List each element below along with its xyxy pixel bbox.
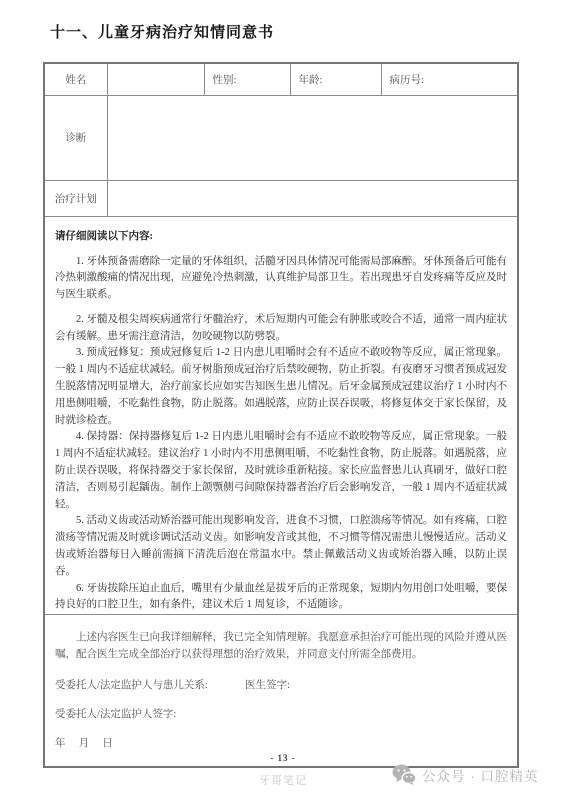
diagnosis-label: 诊断 <box>44 95 107 180</box>
notice-paragraph-1: 1. 牙体预备需磨除一定量的牙体组织，活髓牙因具体情况可能需局部麻醉。牙体预备后… <box>55 254 507 304</box>
table-row: 请仔细阅读以下内容: 1. 牙体预备需磨除一定量的牙体组织，活髓牙因具体情况可能… <box>44 216 518 615</box>
table-row: 诊断 <box>44 95 518 180</box>
record-no-label[interactable]: 病历号: <box>381 63 518 95</box>
age-label[interactable]: 年龄: <box>290 63 381 95</box>
wechat-icon <box>392 764 416 785</box>
treatment-plan-label: 治疗计划 <box>44 180 107 216</box>
footer-brand-text: 公众号 · 口腔精英 <box>422 765 539 785</box>
date-row: 年 月 日 <box>55 737 507 751</box>
guardian-relation-label[interactable]: 受委托人/法定监护人与患儿关系: <box>55 679 245 693</box>
notice-paragraph-6: 6. 牙齿拔除压迫止血后，嘴里有少量血丝是拔牙后的正常现象，短期内勿用创口处咀嚼… <box>55 581 507 615</box>
page-number: - 13 - <box>0 753 566 763</box>
footer-brand: 公众号 · 口腔精英 <box>392 764 539 785</box>
table-row: 上述内容医生已向我详细解释，我已完全知情理解。我愿意承担治疗可能出现的风险并遵从… <box>44 615 518 768</box>
notice-paragraph-3: 3. 预成冠修复：预成冠修复后 1-2 日内患儿咀嚼时会有不适应不敢咬物等反应，… <box>55 345 507 429</box>
page-title: 十一、儿童牙病治疗知情同意书 <box>50 21 274 42</box>
diagnosis-input-cell[interactable] <box>107 95 518 180</box>
consent-form-table: 姓名 性别: 年龄: 病历号: 诊断 治疗计划 请仔细阅读以下内容: 1. 牙体… <box>43 62 519 768</box>
doctor-signature-label[interactable]: 医生签字: <box>245 680 290 691</box>
consent-statement: 上述内容医生已向我详细解释，我已完全知情理解。我愿意承担治疗可能出现的风险并遵从… <box>55 629 507 663</box>
table-row: 姓名 性别: 年龄: 病历号: <box>44 63 518 95</box>
name-label: 姓名 <box>44 63 107 95</box>
signature-cell: 上述内容医生已向我详细解释，我已完全知情理解。我愿意承担治疗可能出现的风险并遵从… <box>44 615 518 768</box>
notice-paragraph-2: 2. 牙髓及根尖周疾病通常行牙髓治疗，术后短期内可能会有肿胀或咬合不适，通常一周… <box>55 312 507 346</box>
name-input-cell[interactable] <box>107 63 204 95</box>
guardian-relation-row: 受委托人/法定监护人与患儿关系:医生签字: <box>55 679 507 693</box>
guardian-signature-row: 受委托人/法定监护人签字: <box>55 708 507 722</box>
treatment-plan-input-cell[interactable] <box>107 180 518 216</box>
gender-label[interactable]: 性别: <box>204 63 290 95</box>
notice-paragraph-4: 4. 保持器：保持器修复后 1-2 日内患儿咀嚼时会有不适应不敢咬物等反应，属正… <box>55 429 507 513</box>
date-label[interactable]: 年 月 日 <box>55 738 113 749</box>
document-page: 十一、儿童牙病治疗知情同意书 姓名 性别: 年龄: 病历号: 诊断 治疗计划 请… <box>0 0 566 800</box>
notice-content-cell: 请仔细阅读以下内容: 1. 牙体预备需磨除一定量的牙体组织，活髓牙因具体情况可能… <box>44 216 518 615</box>
notice-heading: 请仔细阅读以下内容: <box>55 228 507 243</box>
table-row: 治疗计划 <box>44 180 518 216</box>
guardian-signature-label[interactable]: 受委托人/法定监护人签字: <box>55 709 176 720</box>
notice-paragraph-5: 5. 活动义齿或活动矫治器可能出现影响发音，进食不习惯，口腔溃疡等情况。如有疼痛… <box>55 513 507 580</box>
